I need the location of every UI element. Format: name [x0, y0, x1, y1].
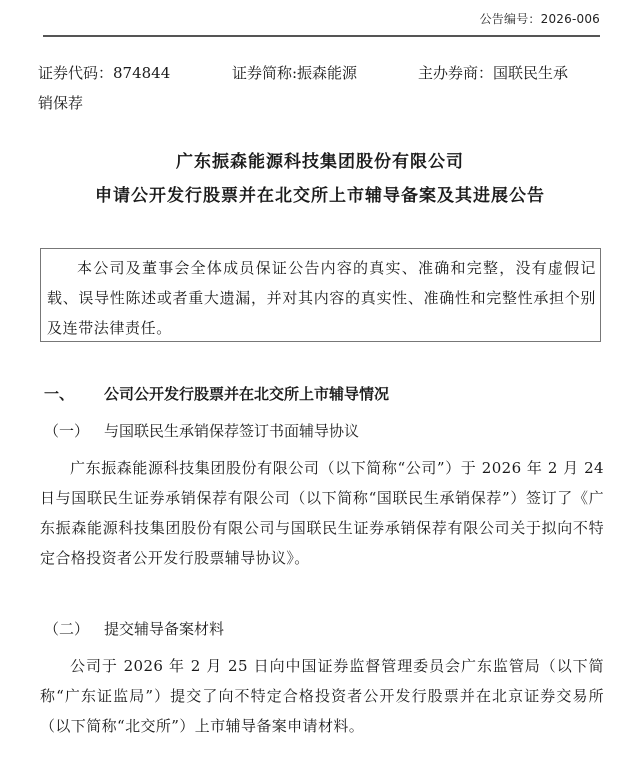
- document-title-company: 广东振森能源科技集团股份有限公司: [0, 147, 640, 172]
- header-divider: [43, 35, 600, 37]
- sponsor-broker-continued: 销保荐: [38, 88, 83, 118]
- subsection-body-1: 广东振森能源科技集团股份有限公司（以下简称“公司”）于 2026 年 2 月 2…: [40, 453, 604, 573]
- subsection-body-2: 公司于 2026 年 2 月 25 日向中国证券监督管理委员会广东监管局（以下简…: [40, 651, 604, 741]
- announcement-number-label: 公告编号：: [480, 12, 541, 26]
- disclaimer-text: 本公司及董事会全体成员保证公告内容的真实、准确和完整，没有虚假记载、误导性陈述或…: [47, 253, 596, 343]
- disclaimer-box: 本公司及董事会全体成员保证公告内容的真实、准确和完整，没有虚假记载、误导性陈述或…: [40, 248, 601, 342]
- section-heading-1: 一、 公司公开发行股票并在北交所上市辅导情况: [44, 383, 389, 404]
- subsection-heading-2: （二） 提交辅导备案材料: [44, 618, 224, 639]
- subsection-heading-1: （一） 与国联民生承销保荐签订书面辅导协议: [44, 420, 359, 441]
- sponsor-broker: 主办券商：国联民生承: [418, 58, 568, 88]
- securities-info: 证券代码：874844 证券简称:振森能源 主办券商：国联民生承 销保荐: [38, 58, 608, 118]
- announcement-page: 公告编号：2026-006 证券代码：874844 证券简称:振森能源 主办券商…: [0, 0, 640, 761]
- securities-abbreviation: 证券简称:振森能源: [232, 58, 380, 88]
- document-title-subject: 申请公开发行股票并在北交所上市辅导备案及其进展公告: [0, 181, 640, 206]
- announcement-number-value: 2026-006: [541, 12, 600, 26]
- paragraph-text: 公司于 2026 年 2 月 25 日向中国证券监督管理委员会广东监管局（以下简…: [40, 651, 604, 741]
- subsection-number: （二）: [44, 618, 104, 639]
- subsection-title: 提交辅导备案材料: [104, 618, 224, 639]
- section-number: 一、: [44, 383, 104, 404]
- announcement-number: 公告编号：2026-006: [480, 10, 600, 27]
- securities-code: 证券代码：874844: [38, 58, 190, 88]
- subsection-title: 与国联民生承销保荐签订书面辅导协议: [104, 420, 359, 441]
- paragraph-text: 广东振森能源科技集团股份有限公司（以下简称“公司”）于 2026 年 2 月 2…: [40, 453, 604, 573]
- section-title: 公司公开发行股票并在北交所上市辅导情况: [104, 383, 389, 404]
- subsection-number: （一）: [44, 420, 104, 441]
